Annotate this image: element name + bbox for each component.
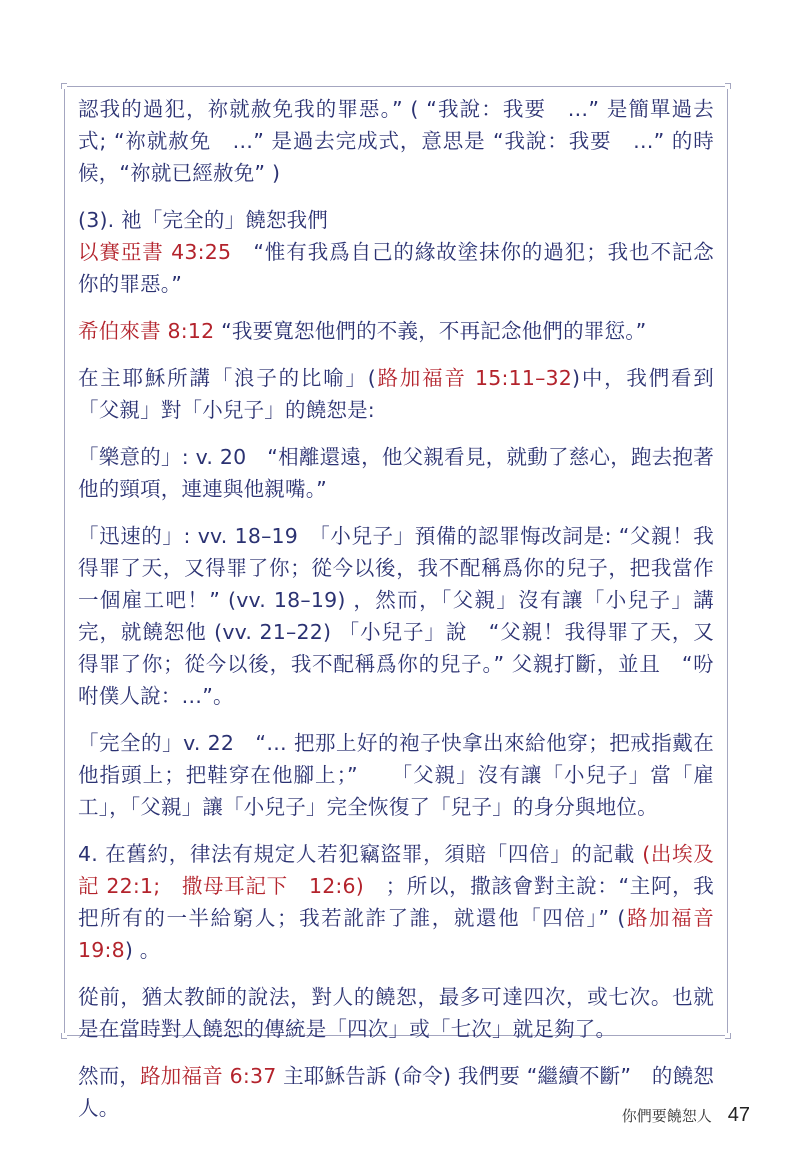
scripture-quote: “我要寬恕他們的不義，不再記念他們的罪愆。” bbox=[214, 319, 646, 343]
scripture-reference: 以賽亞書 43:25 bbox=[78, 240, 231, 264]
page-body: 認我的過犯，祢就赦免我的罪惡。” ( “我說：我要 …” 是簡單過去式; “祢就… bbox=[78, 93, 714, 1139]
paragraph-luke-637: 然而，路加福音 6:37 主耶穌告訴 (命令) 我們要 “繼續不斷” 的饒恕人。 bbox=[78, 1060, 714, 1124]
running-title: 你們要饒恕人 bbox=[622, 1105, 712, 1126]
paragraph-forgiveness-tense: 認我的過犯，祢就赦免我的罪惡。” ( “我說：我要 …” 是簡單過去式; “祢就… bbox=[78, 93, 714, 189]
frame-corner-ornament bbox=[725, 1033, 731, 1039]
body-text: 「完全的」v. 22 “… 把那上好的袍子快拿出來給他穿；把戒指戴在他指頭上；把… bbox=[78, 731, 714, 819]
body-text: 在主耶穌所講「浪子的比喻」( bbox=[78, 366, 376, 390]
paragraph-fourfold: 4. 在舊約，律法有規定人若犯竊盜罪，須賠「四倍」的記載 (出埃及記 22:1;… bbox=[78, 838, 714, 966]
paragraph-isaiah: 以賽亞書 43:25 “惟有我爲自己的緣故塗抹你的過犯；我也不記念你的罪惡。” bbox=[78, 236, 714, 300]
frame-corner-ornament bbox=[725, 83, 731, 89]
paragraph-complete: 「完全的」v. 22 “… 把那上好的袍子快拿出來給他穿；把戒指戴在他指頭上；把… bbox=[78, 727, 714, 823]
scripture-reference: 路加福音 6:37 bbox=[140, 1064, 276, 1088]
paragraph-jewish-tradition: 從前，猶太教師的說法，對人的饒恕，最多可達四次，或七次。也就是在當時對人饒恕的傳… bbox=[78, 981, 714, 1045]
paragraph-swift: 「迅速的」: vv. 18–19 「小兒子」預備的認罪悔改詞是: “父親！我得罪… bbox=[78, 520, 714, 712]
paragraph-hebrews: 希伯來書 8:12 “我要寬恕他們的不義，不再記念他們的罪愆。” bbox=[78, 315, 714, 347]
scripture-reference: 路加福音 15:11–32 bbox=[376, 366, 572, 390]
body-text: 認我的過犯，祢就赦免我的罪惡。” ( “我說：我要 …” 是簡單過去式; “祢就… bbox=[78, 97, 714, 185]
frame-corner-ornament bbox=[61, 1033, 67, 1039]
page-footer: 你們要饒恕人 47 bbox=[620, 1102, 750, 1128]
body-text: 4. 在舊約，律法有規定人若犯竊盜罪，須賠「四倍」的記載 bbox=[78, 842, 642, 866]
body-text: 從前，猶太教師的說法，對人的饒恕，最多可達四次，或七次。也就是在當時對人饒恕的傳… bbox=[78, 985, 714, 1041]
paragraph-prodigal-son: 在主耶穌所講「浪子的比喻」(路加福音 15:11–32)中，我們看到「父親」對「… bbox=[78, 362, 714, 426]
body-text: 「迅速的」: vv. 18–19 「小兒子」預備的認罪悔改詞是: “父親！我得罪… bbox=[78, 524, 714, 708]
body-text: 然而， bbox=[78, 1064, 140, 1088]
heading-complete-forgiveness: (3). 祂「完全的」饒恕我們 bbox=[78, 204, 714, 236]
body-text: 「樂意的」: v. 20 “相離還遠，他父親看見，就動了慈心，跑去抱著他的頸項，… bbox=[78, 445, 714, 501]
frame-corner-ornament bbox=[61, 83, 67, 89]
body-text: ) 。 bbox=[125, 938, 161, 962]
section-heading: (3). 祂「完全的」饒恕我們 bbox=[78, 208, 328, 232]
paragraph-willing: 「樂意的」: v. 20 “相離還遠，他父親看見，就動了慈心，跑去抱著他的頸項，… bbox=[78, 441, 714, 505]
page-number: 47 bbox=[728, 1104, 750, 1127]
scripture-reference: 希伯來書 8:12 bbox=[78, 319, 214, 343]
